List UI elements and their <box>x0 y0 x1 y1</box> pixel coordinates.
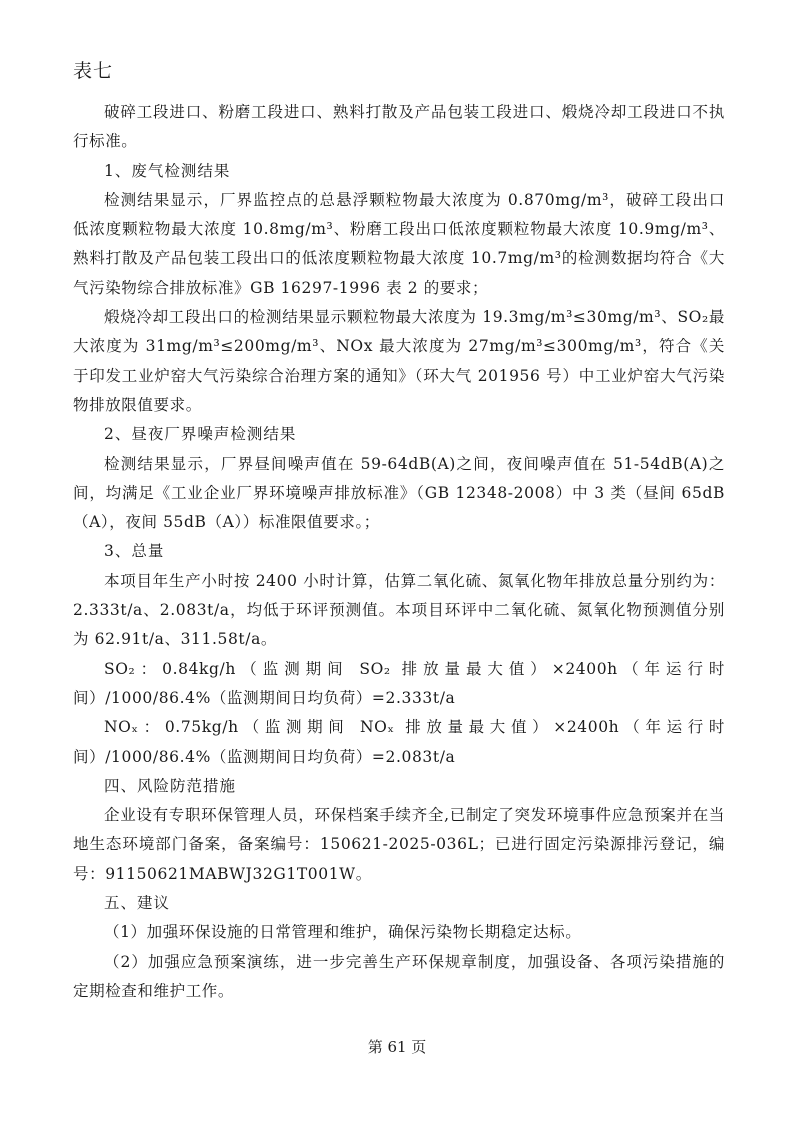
formula-nox: NOₓ：0.75kg/h（监测期间 NOₓ 排放量最大值）×2400h（年运行时… <box>73 713 725 772</box>
paragraph-risk-prevention: 企业设有专职环保管理人员，环保档案手续齐全,已制定了突发环境事件应急预案并在当地… <box>73 801 725 889</box>
heading-exhaust-results: 1、废气检测结果 <box>73 157 725 186</box>
heading-total-amount: 3、总量 <box>73 537 725 566</box>
heading-risk-prevention: 四、风险防范措施 <box>73 772 725 801</box>
paragraph-particulate-results: 检测结果显示，厂界监控点的总悬浮颗粒物最大浓度为 0.870mg/m³，破碎工段… <box>73 186 725 303</box>
document-body: 破碎工段进口、粉磨工段进口、熟料打散及产品包装工段进口、煅烧冷却工段进口不执行标… <box>73 98 725 1006</box>
paragraph-noise-results: 检测结果显示，厂界昼间噪声值在 59-64dB(A)之间，夜间噪声值在 51-5… <box>73 450 725 538</box>
page-number: 第 61 页 <box>0 1036 794 1057</box>
formula-so2: SO₂：0.84kg/h（监测期间 SO₂ 排放量最大值）×2400h（年运行时… <box>73 655 725 714</box>
table-label: 表七 <box>73 56 113 83</box>
paragraph-total-amount: 本项目年生产小时按 2400 小时计算，估算二氧化硫、氮氧化物年排放总量分别约为… <box>73 567 725 655</box>
heading-suggestions: 五、建议 <box>73 889 725 918</box>
heading-noise-results: 2、昼夜厂界噪声检测结果 <box>73 420 725 449</box>
paragraph-standards-note: 破碎工段进口、粉磨工段进口、熟料打散及产品包装工段进口、煅烧冷却工段进口不执行标… <box>73 98 725 157</box>
suggestion-2: （2）加强应急预案演练，进一步完善生产环保规章制度，加强设备、各项污染措施的定期… <box>73 948 725 1007</box>
suggestion-1: （1）加强环保设施的日常管理和维护，确保污染物长期稳定达标。 <box>73 918 725 947</box>
paragraph-kiln-cooling-results: 煅烧冷却工段出口的检测结果显示颗粒物最大浓度为 19.3mg/m³≤30mg/m… <box>73 303 725 420</box>
